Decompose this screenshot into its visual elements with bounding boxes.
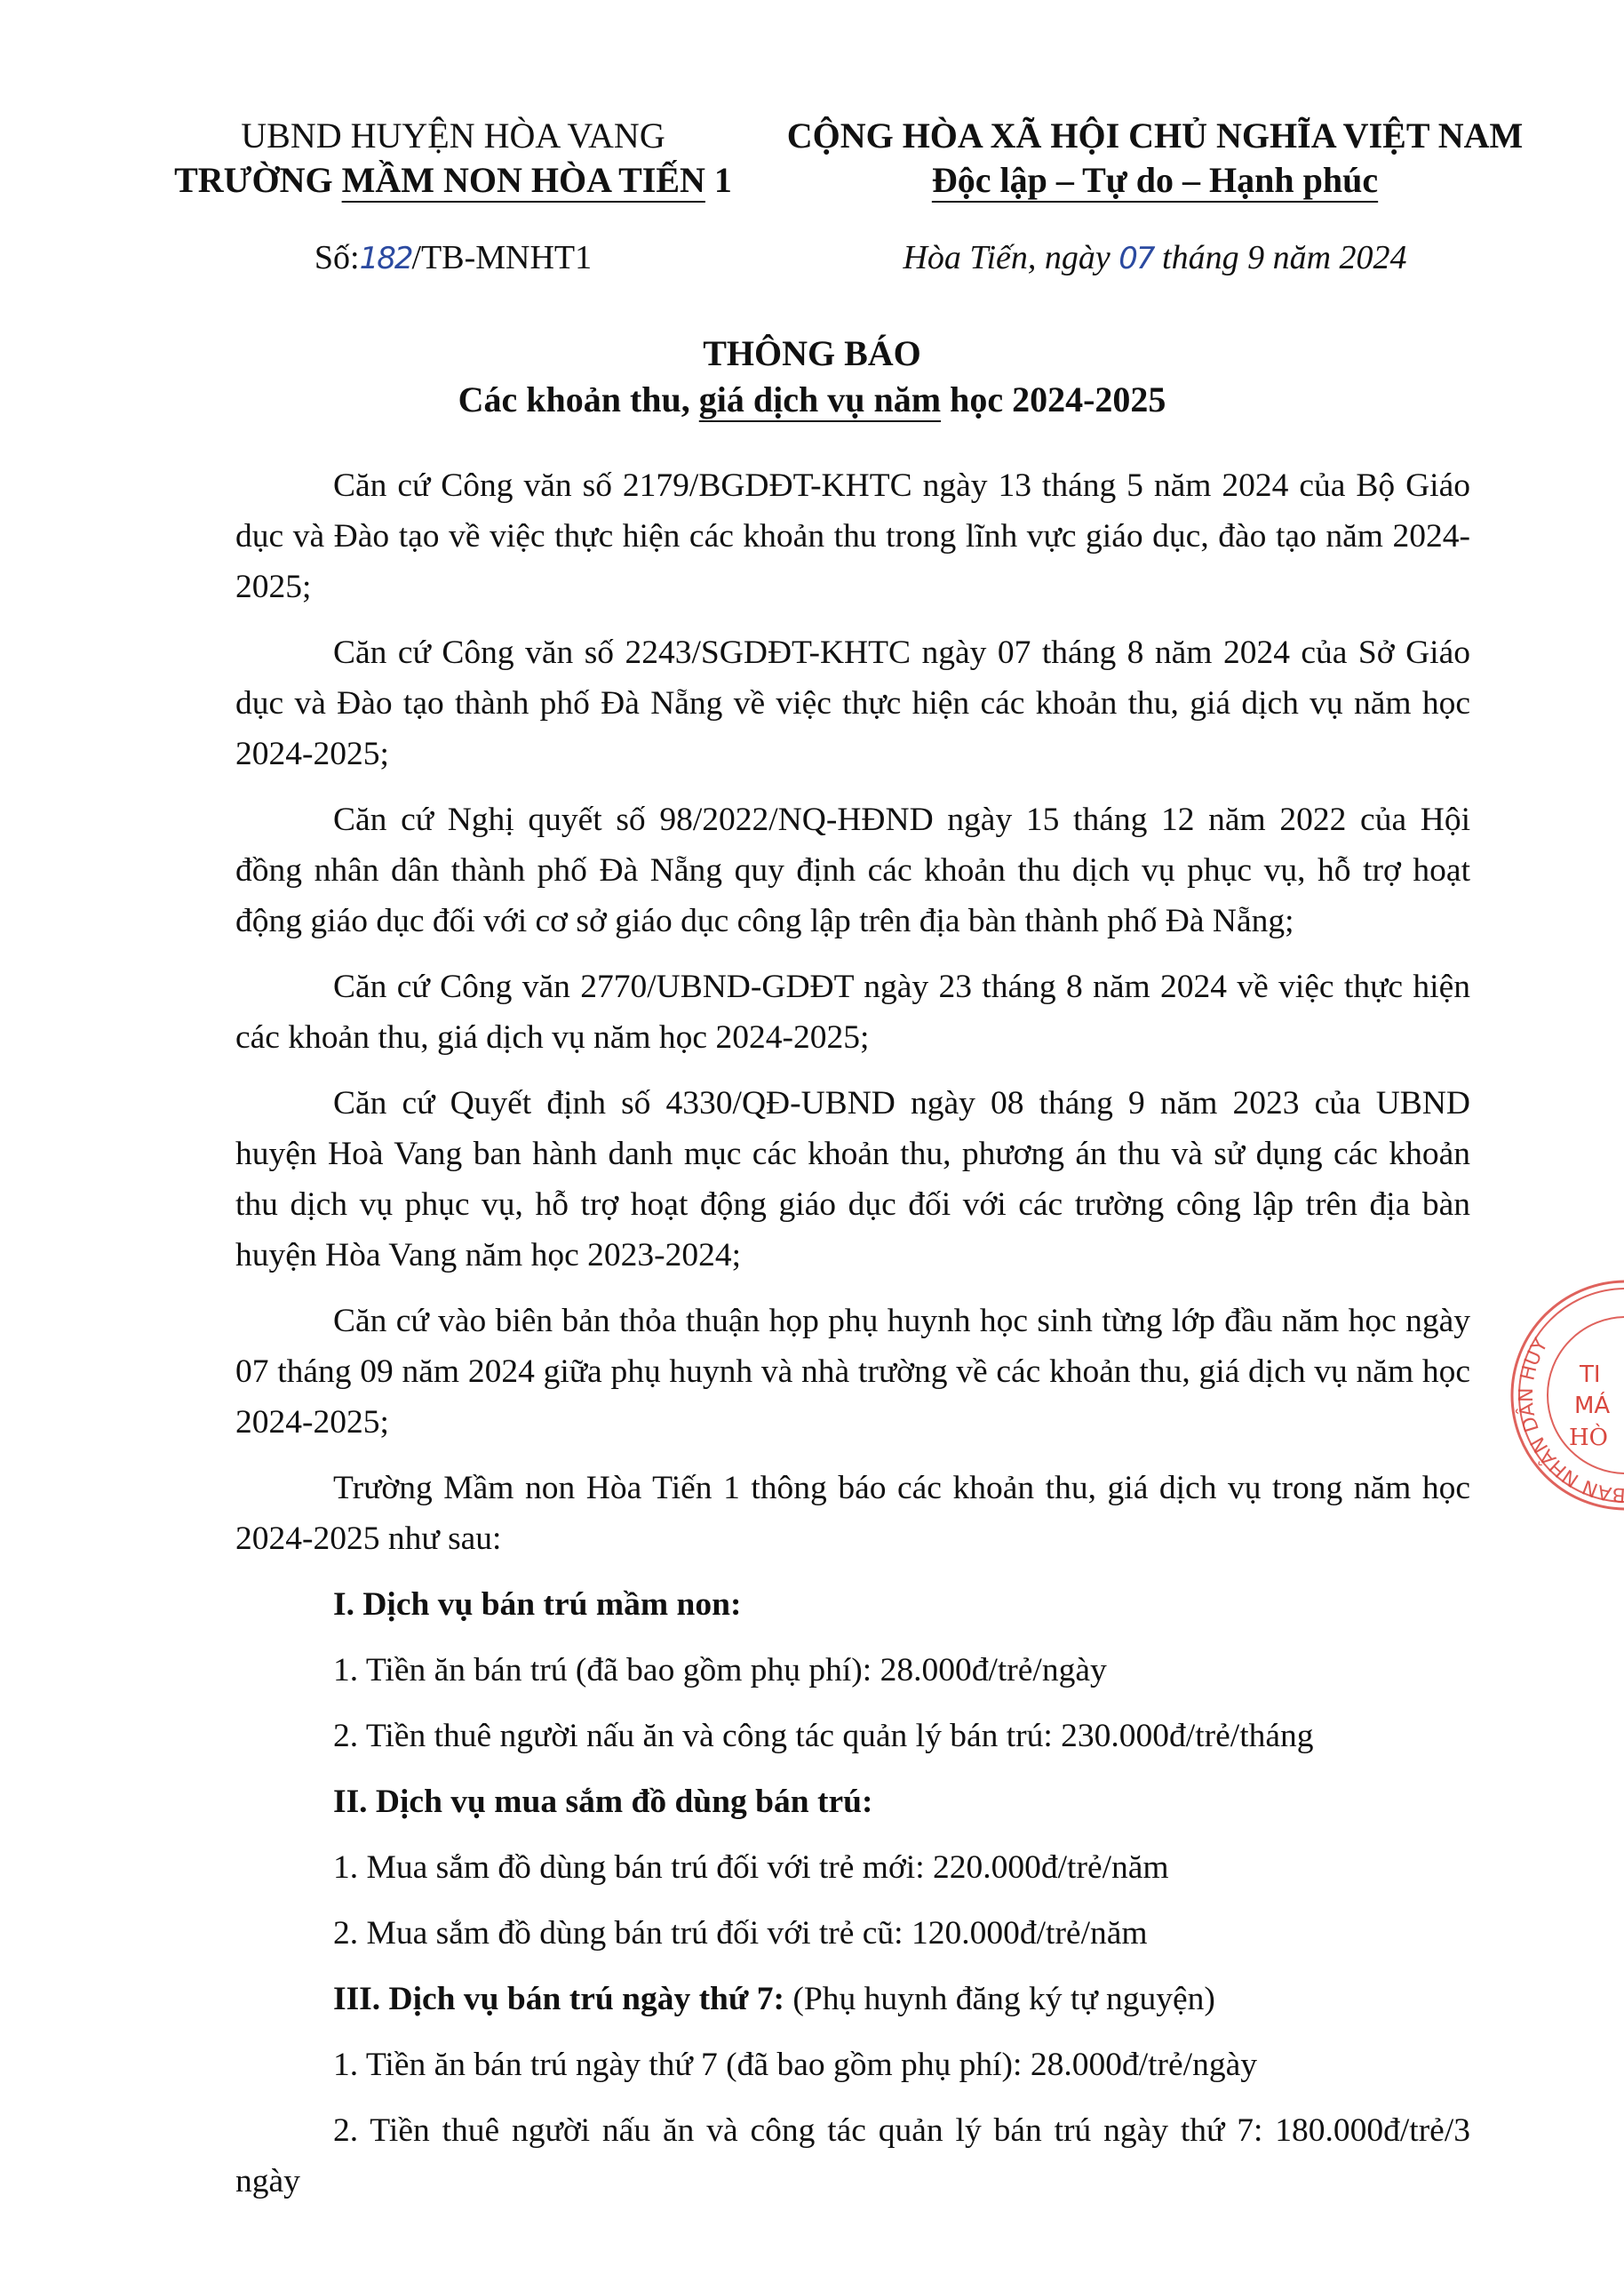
issuing-authority: UBND HUYỆN HÒA VANG TRƯỜNG MẦM NON HÒA T… (142, 114, 764, 203)
fee-item: 1. Tiền ăn bán trú ngày thứ 7 (đã bao gồ… (235, 2040, 1470, 2090)
date-day-handwritten: 07 (1118, 241, 1153, 276)
subtitle-prefix: Các khoản thu, (458, 379, 699, 419)
school-name-suffix: 1 (705, 160, 732, 200)
fee-item: 1. Mua sắm đồ dùng bán trú đối với trẻ m… (235, 1842, 1470, 1893)
fee-item: 2. Mua sắm đồ dùng bán trú đối với trẻ c… (235, 1908, 1470, 1959)
preamble-paragraph: Căn cứ Công văn 2770/UBND-GDĐT ngày 23 t… (235, 962, 1470, 1063)
fee-item: 2. Tiền thuê người nấu ăn và công tác qu… (235, 1711, 1470, 1761)
preamble-paragraph: Căn cứ vào biên bản thỏa thuận họp phụ h… (235, 1296, 1470, 1448)
section-heading: I. Dịch vụ bán trú mầm non: (235, 1579, 1470, 1630)
document-title: THÔNG BÁO Các khoản thu, giá dịch vụ năm… (0, 331, 1624, 423)
date-suffix: tháng 9 năm 2024 (1154, 239, 1407, 276)
title-subtitle: Các khoản thu, giá dịch vụ năm học 2024-… (0, 377, 1624, 423)
school-name: TRƯỜNG MẦM NON HÒA TIẾN 1 (142, 158, 764, 203)
doc-number-suffix: /TB-MNHT1 (411, 239, 592, 276)
document-number: Số:182/TB-MNHT1 (142, 238, 764, 277)
document-body: Căn cứ Công văn số 2179/BGDĐT-KHTC ngày … (235, 460, 1470, 2222)
doc-number-prefix: Số: (314, 239, 360, 276)
authority-name: UBND HUYỆN HÒA VANG (142, 114, 764, 158)
preamble-paragraph: Căn cứ Quyết định số 4330/QĐ-UBND ngày 0… (235, 1078, 1470, 1281)
national-motto: Độc lập – Tự do – Hạnh phúc (932, 160, 1378, 200)
preamble-paragraph: Căn cứ Công văn số 2179/BGDĐT-KHTC ngày … (235, 460, 1470, 612)
svg-text:BAN NHÂN DÂN HUY: BAN NHÂN DÂN HUY (1515, 1335, 1624, 1505)
school-name-underlined: MẦM NON HÒA TIẾN (342, 160, 705, 200)
preamble-paragraph: Căn cứ Công văn số 2243/SGDĐT-KHTC ngày … (235, 627, 1470, 779)
section-title: I. Dịch vụ bán trú mầm non: (333, 1586, 741, 1623)
title-main: THÔNG BÁO (0, 331, 1624, 377)
section-title: III. Dịch vụ bán trú ngày thứ 7: (333, 1981, 784, 2017)
subtitle-suffix: học 2024-2025 (941, 379, 1166, 419)
preamble-paragraph: Căn cứ Nghị quyết số 98/2022/NQ-HĐND ngà… (235, 794, 1470, 946)
section-note: (Phụ huynh đăng ký tự nguyện) (784, 1981, 1215, 2017)
date-prefix: Hòa Tiến, ngày (903, 239, 1118, 276)
doc-number-handwritten: 182 (360, 241, 412, 276)
seal-icon: BAN NHÂN DÂN HUY TI MÁ HÒ (1510, 1280, 1624, 1511)
country-name: CỘNG HÒA XÃ HỘI CHỦ NGHĨA VIỆT NAM (760, 114, 1550, 158)
section-title: II. Dịch vụ mua sắm đồ dùng bán trú: (333, 1784, 872, 1820)
fee-item: 2. Tiền thuê người nấu ăn và công tác qu… (235, 2105, 1470, 2207)
svg-text:TI: TI (1579, 1361, 1601, 1388)
svg-text:HÒ: HÒ (1569, 1423, 1608, 1451)
fee-item: 1. Tiền ăn bán trú (đã bao gồm phụ phí):… (235, 1645, 1470, 1696)
official-seal-stamp: BAN NHÂN DÂN HUY TI MÁ HÒ (1510, 1280, 1624, 1511)
document-date: Hòa Tiến, ngày 07 tháng 9 năm 2024 (760, 238, 1550, 277)
announcement-intro: Trường Mầm non Hòa Tiến 1 thông báo các … (235, 1463, 1470, 1564)
national-header: CỘNG HÒA XÃ HỘI CHỦ NGHĨA VIỆT NAM Độc l… (760, 114, 1550, 203)
section-heading: III. Dịch vụ bán trú ngày thứ 7: (Phụ hu… (235, 1974, 1470, 2024)
svg-text:MÁ: MÁ (1574, 1391, 1610, 1419)
subtitle-underlined: giá dịch vụ năm (699, 379, 941, 419)
section-heading: II. Dịch vụ mua sắm đồ dùng bán trú: (235, 1776, 1470, 1827)
seal-ring-text: BAN NHÂN DÂN HUY (1515, 1335, 1624, 1505)
school-name-prefix: TRƯỜNG (174, 160, 342, 200)
